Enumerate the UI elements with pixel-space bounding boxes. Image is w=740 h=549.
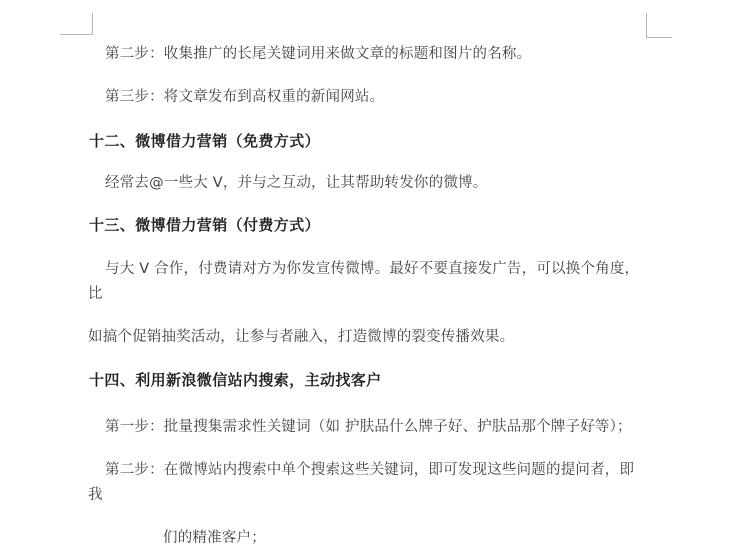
paragraph-line: 第一步：批量搜集需求性关键词（如 护肤品什么牌子好、护肤品那个牌子好等）； bbox=[105, 418, 632, 436]
margin-crop-mark-topright-vertical bbox=[646, 13, 647, 38]
paragraph-line: 我 bbox=[88, 486, 103, 504]
margin-crop-mark-topright-horizontal bbox=[646, 37, 672, 38]
section-heading: 十四、利用新浪微信站内搜索，主动找客户 bbox=[89, 371, 382, 389]
document-page: 第二步：收集推广的长尾关键词用来做文章的标题和图片的名称。第三步：将文章发布到高… bbox=[0, 0, 740, 549]
paragraph-line: 第三步：将文章发布到高权重的新闻网站。 bbox=[105, 88, 384, 106]
paragraph-line: 如搞个促销抽奖活动，让参与者融入，打造微博的裂变传播效果。 bbox=[88, 328, 514, 346]
paragraph-line: 们的精准客户； bbox=[163, 529, 266, 547]
paragraph-line: 比 bbox=[88, 285, 103, 303]
paragraph-line: 第二步：在微博站内搜索中单个搜索这些关键词，即可发现这些问题的提问者，即 bbox=[105, 461, 634, 479]
margin-crop-mark-topleft-horizontal bbox=[60, 34, 93, 35]
section-heading: 十二、微博借力营销（免费方式） bbox=[89, 132, 320, 150]
paragraph-line: 与大 V 合作，付费请对方为你发宣传微博。最好不要直接发广告，可以换个角度， bbox=[105, 260, 639, 278]
section-heading: 十三、微博借力营销（付费方式） bbox=[89, 216, 320, 234]
paragraph-line: 经常去@一些大 V，并与之互动，让其帮助转发你的微博。 bbox=[105, 174, 487, 192]
paragraph-line: 第二步：收集推广的长尾关键词用来做文章的标题和图片的名称。 bbox=[105, 45, 531, 63]
margin-crop-mark-topleft-vertical bbox=[92, 13, 93, 35]
